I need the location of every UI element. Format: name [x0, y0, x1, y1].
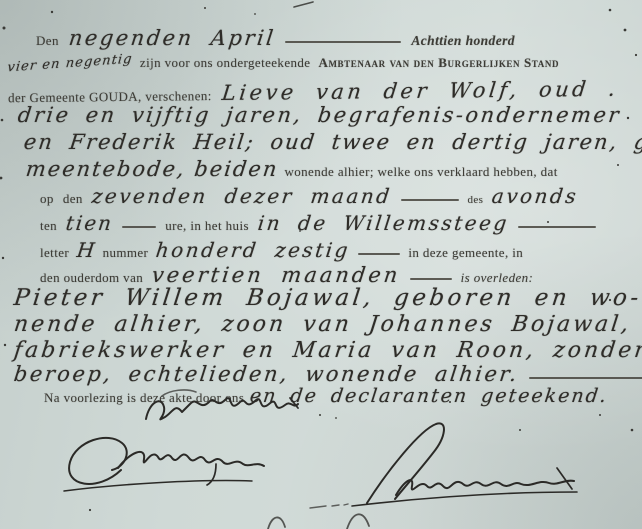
record-line-15: Na voorlezing is deze akte door ons en d… [44, 385, 608, 407]
hw-house-number: honderd zestig [155, 238, 352, 262]
record-line-12: nende alhier, zoon van Johannes Bojawal, [14, 312, 631, 337]
filler-line [529, 377, 642, 378]
record-line-8: ten tien ure, in het huis in de Willemss… [40, 211, 596, 235]
printed-den2-label: den [63, 191, 83, 207]
printed-closing-clause: Na voorlezing is deze akte door ons [44, 390, 244, 406]
hw-street-name: in de Willemssteeg [256, 211, 510, 235]
printed-officiant-title: Ambtenaar van den Burgerlijken Stand [318, 55, 559, 71]
signature-underline [352, 492, 577, 506]
record-line-9: letter H nummer honderd zestig in deze g… [40, 238, 523, 262]
signature-registrar [310, 423, 577, 508]
filler-line [518, 226, 596, 227]
record-line-14: beroep, echtelieden, wonende alhier. [14, 362, 642, 386]
record-line-1: Den negenden April Achttien honderd [36, 26, 515, 50]
printed-ten-label: ten [40, 218, 57, 234]
hw-year-suffix: vier en negentig [7, 52, 134, 76]
printed-op-label: op [40, 191, 54, 207]
printed-age-label: den ouderdom van [40, 270, 143, 286]
signature-dash-dot [310, 504, 348, 508]
printed-letter-label: letter [40, 245, 69, 261]
hw-declarant1-details: drie en vijftig jaren, begrafenis-ondern… [17, 103, 623, 127]
hw-hour-value: tien [65, 211, 115, 235]
hw-declarants-occupation: meentebode, beiden [25, 157, 280, 181]
hw-closing-clause: en de declaranten geteekend. [249, 385, 610, 407]
hw-record-date: negenden April [67, 26, 276, 50]
filler-line [410, 278, 452, 279]
hw-death-day: zevenden dezer maand [90, 184, 393, 208]
printed-gemeente-clause: in deze gemeente, in [408, 245, 523, 261]
record-line-6: meentebode, beiden wonende alhier; welke… [26, 157, 558, 181]
hw-time-of-day: avonds [491, 184, 580, 208]
printed-des-label: des [468, 194, 484, 206]
printed-number-label: nummer [103, 245, 149, 261]
record-line-13: fabriekswerker en Maria van Roon, zonder [14, 338, 642, 363]
record-line-10: den ouderdom van veertien maanden is ove… [40, 263, 533, 287]
filler-line [358, 253, 400, 254]
filler-line [285, 41, 401, 42]
record-line-2: vier en negentig zijn voor ons ondergete… [8, 55, 559, 71]
cropped-bottom-strokes [268, 514, 369, 529]
hw-declarant2-details: en Frederik Heil; oud twee en dertig jar… [23, 130, 642, 154]
record-line-11: Pieter Willem Bojawal, geboren en wo- [14, 285, 642, 311]
hw-deceased-name: Pieter Willem Bojawal, geboren en wo- [12, 285, 642, 311]
printed-den-label: Den [36, 33, 59, 49]
hw-house-letter: H [76, 238, 96, 262]
printed-year-prefix: Achttien honderd [411, 33, 515, 49]
record-line-4: drie en vijftig jaren, begrafenis-ondern… [18, 103, 621, 127]
filler-line [401, 199, 459, 200]
hw-declarant1-name: Lieve van der Wolf, oud . [220, 77, 619, 105]
signature-underline [64, 481, 252, 491]
record-line-5: en Frederik Heil; oud twee en dertig jar… [24, 130, 642, 154]
signature-declarant2 [64, 438, 264, 491]
printed-residence-clause: wonende alhier; welke ons verklaard hebb… [284, 164, 557, 180]
printed-officiant-intro: zijn voor ons ondergeteekende [140, 55, 311, 71]
filler-line [122, 226, 156, 227]
cropped-top-stroke [294, 2, 313, 7]
printed-overleden-label: is overleden: [461, 270, 534, 286]
hw-age-value: veertien maanden [151, 263, 402, 287]
hw-parents-status: beroep, echtelieden, wonende alhier. [13, 362, 521, 386]
printed-ure-clause: ure, in het huis [165, 218, 249, 234]
hw-father-line: nende alhier, zoon van Johannes Bojawal, [12, 312, 632, 337]
record-line-7: op den zevenden dezer maand des avonds [40, 184, 579, 208]
document-scan: Den negenden April Achttien honderd vier… [0, 0, 642, 529]
hw-mother-line: fabriekswerker en Maria van Roon, zonder [12, 338, 642, 363]
